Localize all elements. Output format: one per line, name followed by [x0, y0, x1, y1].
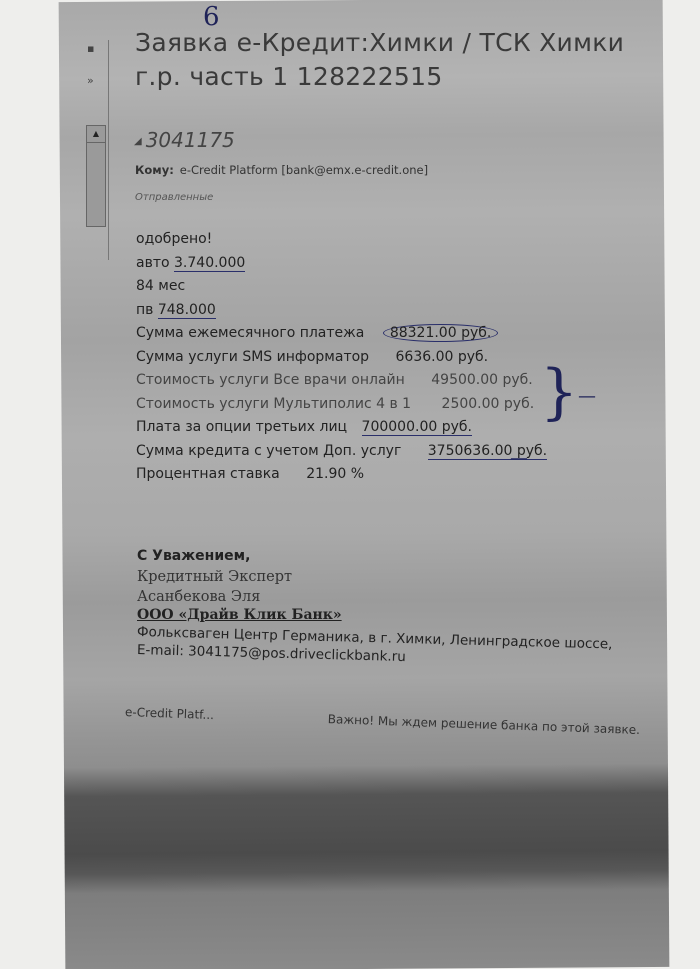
signature-block: С Уважением, Кредитный Эксперт Асанбеков…: [137, 545, 613, 659]
to-label: Кому:: [135, 163, 174, 177]
handwritten-dash: —: [578, 386, 596, 407]
status-text: одобрено!: [136, 228, 547, 252]
interest-rate-row: Процентная ставка 21.90 %: [136, 463, 547, 487]
sms-service-row: Сумма услуги SMS информатор 6636.00 руб.: [136, 346, 547, 370]
handwritten-brace: }: [540, 362, 578, 422]
monthly-payment-row: Сумма ежемесячного платежа 88321.00 руб.: [136, 322, 547, 346]
signer-role: Кредитный Эксперт: [137, 567, 613, 587]
signer-name: Асанбекова Эля: [137, 587, 613, 607]
term-line: 84 мес: [136, 275, 547, 299]
doctors-service-row: Стоимость услуги Все врачи онлайн 49500.…: [136, 369, 547, 393]
message-id-text: 3041175: [146, 128, 235, 152]
to-value[interactable]: e-Credit Platform [bank@emx.e-credit.one…: [180, 163, 428, 177]
total-credit-row: Сумма кредита с учетом Доп. услуг 375063…: [136, 440, 547, 464]
email-body: одобрено! авто 3.740.000 84 мес пв 748.0…: [136, 228, 547, 487]
company-link[interactable]: ООО «Драйв Клик Банк»: [137, 607, 613, 623]
message-id[interactable]: ◢3041175: [134, 128, 235, 152]
scrollbar[interactable]: ▲: [86, 125, 106, 227]
pin-icon[interactable]: ▪: [87, 42, 94, 55]
subject-line-2: г.р. часть 1 128222515: [135, 60, 624, 94]
folder-label: Отправленные: [135, 192, 213, 203]
subject-line-1: Заявка е-Кредит:Химки / ТСК Химки: [135, 26, 624, 60]
expand-triangle-icon[interactable]: ◢: [134, 136, 142, 147]
scroll-up-icon[interactable]: ▲: [87, 126, 105, 143]
multipolis-service-row: Стоимость услуги Мультиполис 4 в 1 2500.…: [136, 393, 547, 417]
greeting: С Уважением,: [137, 545, 613, 567]
recipient-line: Кому:e-Credit Platform [bank@emx.e-credi…: [135, 163, 428, 177]
handwritten-dash: —: [510, 448, 528, 469]
auto-line: авто 3.740.000: [136, 252, 547, 276]
third-party-options-row: Плата за опции третьих лиц 700000.00 руб…: [136, 416, 547, 440]
down-payment-line: пв 748.000: [136, 299, 547, 323]
email-subject: Заявка е-Кредит:Химки / ТСК Химки г.р. ч…: [135, 26, 624, 94]
collapse-icon[interactable]: »: [87, 74, 94, 87]
